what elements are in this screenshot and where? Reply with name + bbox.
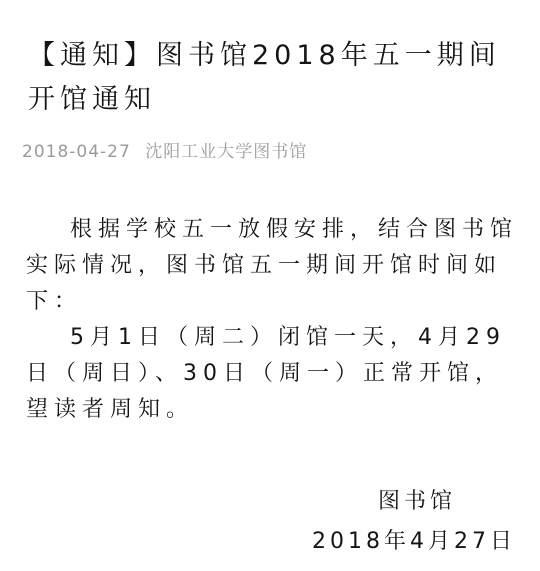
signature-organization: 图书馆 xyxy=(312,482,516,522)
publisher-name: 沈阳工业大学图书馆 xyxy=(145,142,307,162)
signature-block: 图书馆 2018年4月27日 xyxy=(312,482,516,562)
notice-body: 根据学校五一放假安排，结合图书馆实际情况，图书馆五一期间开馆时间如下： 5月1日… xyxy=(26,212,526,428)
notice-meta: 2018-04-27 沈阳工业大学图书馆 xyxy=(22,139,307,165)
signature-date: 2018年4月27日 xyxy=(312,522,516,562)
publish-date: 2018-04-27 xyxy=(22,142,131,162)
notice-title: 【通知】图书馆2018年五一期间开馆通知 xyxy=(28,34,528,122)
paragraph-schedule: 5月1日（周二）闭馆一天，4月29日（周日）、30日（周一）正常开馆，望读者周知… xyxy=(26,320,526,428)
paragraph-intro: 根据学校五一放假安排，结合图书馆实际情况，图书馆五一期间开馆时间如下： xyxy=(26,212,526,320)
